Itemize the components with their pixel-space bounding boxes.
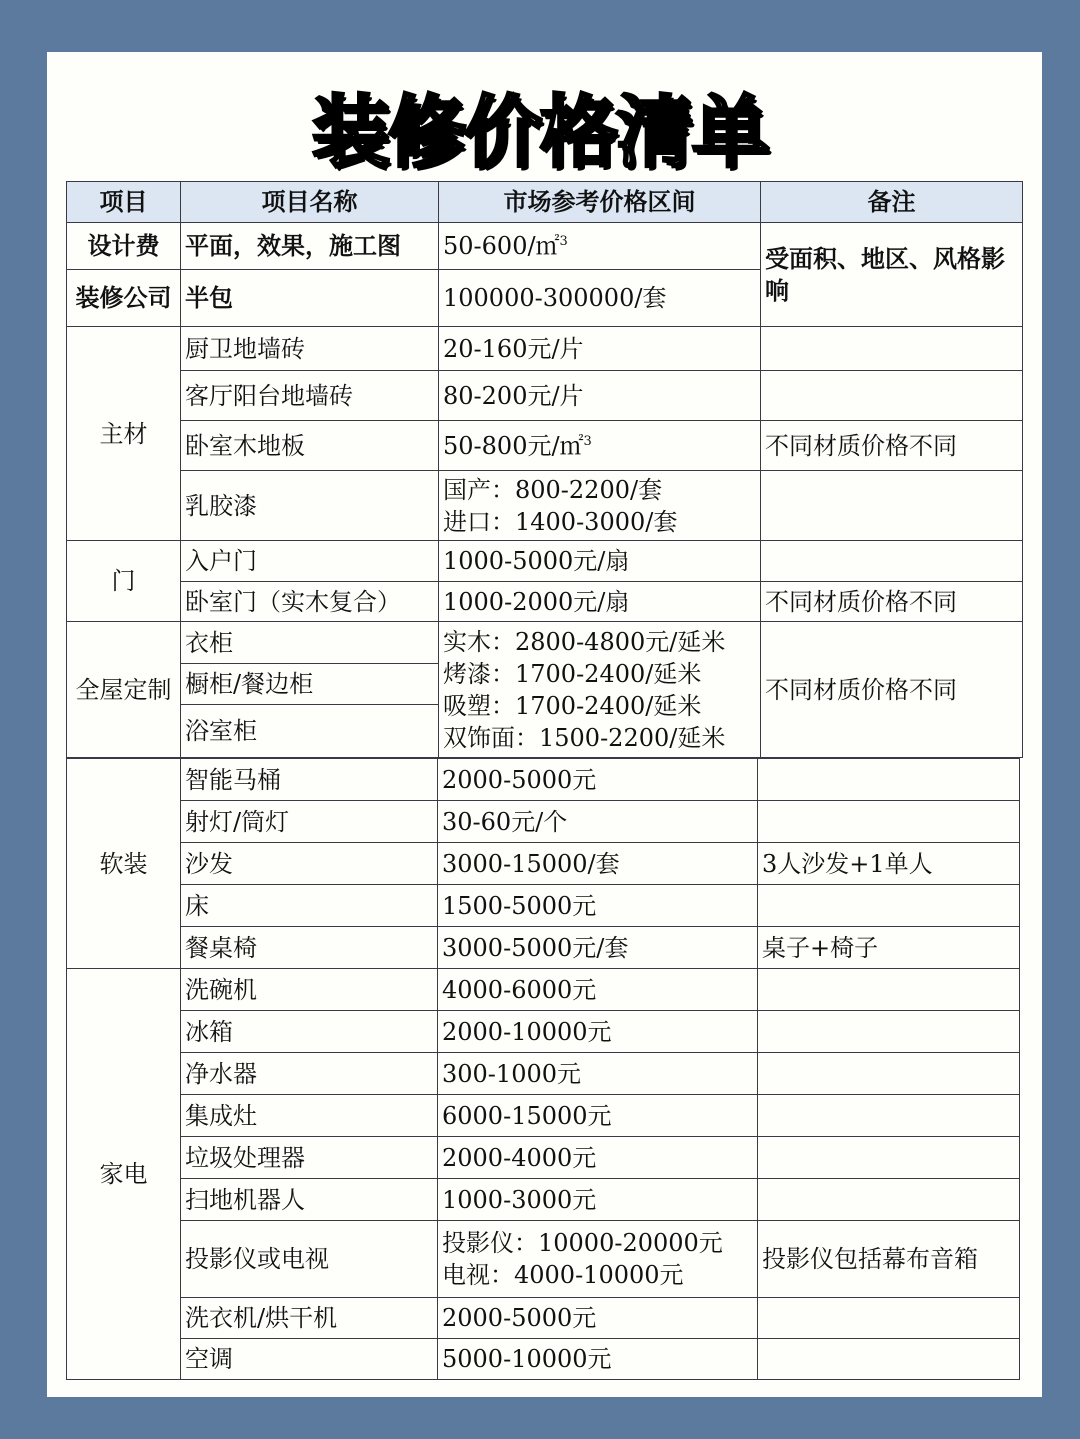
name-cell: 入户门 [181, 541, 439, 582]
category-cell: 主材 [67, 327, 181, 541]
note-cell [758, 885, 1020, 927]
note-cell: 3人沙发+1单人 [758, 843, 1020, 885]
header-category: 项目 [67, 182, 181, 223]
price-cell: 国产：800-2200/套进口：1400-3000/套 [439, 471, 761, 541]
table-row: 乳胶漆 国产：800-2200/套进口：1400-3000/套 [67, 471, 1023, 541]
name-cell: 床 [181, 885, 438, 927]
category-cell: 家电 [67, 969, 181, 1380]
name-cell: 射灯/筒灯 [181, 801, 438, 843]
note-cell [758, 1298, 1020, 1339]
name-cell: 沙发 [181, 843, 438, 885]
note-cell [758, 1095, 1020, 1137]
name-cell: 扫地机器人 [181, 1179, 438, 1221]
note-cell: 桌子+椅子 [758, 927, 1020, 969]
table-row: 床 1500-5000元 [67, 885, 1020, 927]
name-cell: 橱柜/餐边柜 [181, 664, 439, 705]
name-cell: 智能马桶 [181, 759, 438, 801]
price-cell: 实木：2800-4800元/延米 烤漆：1700-2400/延米 吸塑：1700… [439, 622, 761, 758]
table-row: 洗衣机/烘干机 2000-5000元 [67, 1298, 1020, 1339]
name-cell: 净水器 [181, 1053, 438, 1095]
price-cell: 2000-4000元 [438, 1137, 758, 1179]
header-price: 市场参考价格区间 [439, 182, 761, 223]
note-cell: 不同材质价格不同 [761, 582, 1023, 622]
name-cell: 半包 [181, 270, 439, 327]
category-cell: 设计费 [67, 223, 181, 270]
table-row: 净水器 300-1000元 [67, 1053, 1020, 1095]
category-cell: 全屋定制 [67, 622, 181, 758]
table-row: 软装 智能马桶 2000-5000元 [67, 759, 1020, 801]
note-cell [758, 801, 1020, 843]
price-cell: 4000-6000元 [438, 969, 758, 1011]
table-row: 垃圾处理器 2000-4000元 [67, 1137, 1020, 1179]
name-cell: 衣柜 [181, 622, 439, 664]
header-note: 备注 [761, 182, 1023, 223]
page-title: 装修价格清单 [0, 70, 1080, 182]
price-cell: 投影仪：10000-20000元电视：4000-10000元 [438, 1221, 758, 1298]
table-row: 卧室木地板 50-800元/㎡3 不同材质价格不同 [67, 421, 1023, 471]
name-cell: 浴室柜 [181, 705, 439, 758]
note-cell [758, 1053, 1020, 1095]
price-cell: 2000-5000元 [438, 1298, 758, 1339]
table-row: 客厅阳台地墙砖 80-200元/片 [67, 371, 1023, 421]
note-cell [761, 371, 1023, 421]
name-cell: 乳胶漆 [181, 471, 439, 541]
table-row: 餐桌椅 3000-5000元/套 桌子+椅子 [67, 927, 1020, 969]
table-header-row: 项目 项目名称 市场参考价格区间 备注 [67, 182, 1023, 223]
table-row: 沙发 3000-15000/套 3人沙发+1单人 [67, 843, 1020, 885]
name-cell: 餐桌椅 [181, 927, 438, 969]
name-cell: 卧室木地板 [181, 421, 439, 471]
note-cell [758, 1137, 1020, 1179]
note-cell: 不同材质价格不同 [761, 622, 1023, 758]
price-cell: 3000-5000元/套 [438, 927, 758, 969]
price-cell: 50-800元/㎡3 [439, 421, 761, 471]
price-cell: 50-600/㎡3 [439, 223, 761, 270]
price-table-top: 项目 项目名称 市场参考价格区间 备注 设计费 平面，效果，施工图 50-600… [66, 181, 1023, 758]
note-cell [758, 1339, 1020, 1380]
category-cell: 装修公司 [67, 270, 181, 327]
name-cell: 平面，效果，施工图 [181, 223, 439, 270]
note-cell [761, 541, 1023, 582]
name-cell: 厨卫地墙砖 [181, 327, 439, 371]
table-row: 门 入户门 1000-5000元/扇 [67, 541, 1023, 582]
price-cell: 300-1000元 [438, 1053, 758, 1095]
price-table-bottom: 软装 智能马桶 2000-5000元 射灯/筒灯 30-60元/个 沙发 300… [66, 758, 1020, 1380]
table-row: 主材 厨卫地墙砖 20-160元/片 [67, 327, 1023, 371]
name-cell: 投影仪或电视 [181, 1221, 438, 1298]
category-cell: 门 [67, 541, 181, 622]
note-cell [761, 327, 1023, 371]
table-row: 设计费 平面，效果，施工图 50-600/㎡3 受面积、地区、风格影响 [67, 223, 1023, 270]
name-cell: 洗衣机/烘干机 [181, 1298, 438, 1339]
name-cell: 客厅阳台地墙砖 [181, 371, 439, 421]
note-cell [758, 1011, 1020, 1053]
price-cell: 5000-10000元 [438, 1339, 758, 1380]
note-cell [758, 969, 1020, 1011]
table-row: 集成灶 6000-15000元 [67, 1095, 1020, 1137]
name-cell: 洗碗机 [181, 969, 438, 1011]
price-cell: 30-60元/个 [438, 801, 758, 843]
table-row: 空调 5000-10000元 [67, 1339, 1020, 1380]
price-cell: 80-200元/片 [439, 371, 761, 421]
note-cell [758, 759, 1020, 801]
price-cell: 1000-2000元/扇 [439, 582, 761, 622]
price-cell: 2000-5000元 [438, 759, 758, 801]
price-cell: 3000-15000/套 [438, 843, 758, 885]
price-cell: 2000-10000元 [438, 1011, 758, 1053]
category-cell: 软装 [67, 759, 181, 969]
name-cell: 空调 [181, 1339, 438, 1380]
table-row: 卧室门（实木复合） 1000-2000元/扇 不同材质价格不同 [67, 582, 1023, 622]
price-cell: 100000-300000/套 [439, 270, 761, 327]
name-cell: 冰箱 [181, 1011, 438, 1053]
price-cell: 6000-15000元 [438, 1095, 758, 1137]
name-cell: 卧室门（实木复合） [181, 582, 439, 622]
note-cell [761, 471, 1023, 541]
price-cell: 1000-5000元/扇 [439, 541, 761, 582]
note-cell: 受面积、地区、风格影响 [761, 223, 1023, 327]
note-cell: 投影仪包括幕布音箱 [758, 1221, 1020, 1298]
name-cell: 垃圾处理器 [181, 1137, 438, 1179]
header-name: 项目名称 [181, 182, 439, 223]
table-row: 扫地机器人 1000-3000元 [67, 1179, 1020, 1221]
note-cell: 不同材质价格不同 [761, 421, 1023, 471]
table-row: 射灯/筒灯 30-60元/个 [67, 801, 1020, 843]
table-row: 家电 洗碗机 4000-6000元 [67, 969, 1020, 1011]
note-cell [758, 1179, 1020, 1221]
price-cell: 20-160元/片 [439, 327, 761, 371]
price-cell: 1000-3000元 [438, 1179, 758, 1221]
price-cell: 1500-5000元 [438, 885, 758, 927]
table-row: 投影仪或电视 投影仪：10000-20000元电视：4000-10000元 投影… [67, 1221, 1020, 1298]
table-row: 冰箱 2000-10000元 [67, 1011, 1020, 1053]
table-row: 全屋定制 衣柜 实木：2800-4800元/延米 烤漆：1700-2400/延米… [67, 622, 1023, 664]
name-cell: 集成灶 [181, 1095, 438, 1137]
